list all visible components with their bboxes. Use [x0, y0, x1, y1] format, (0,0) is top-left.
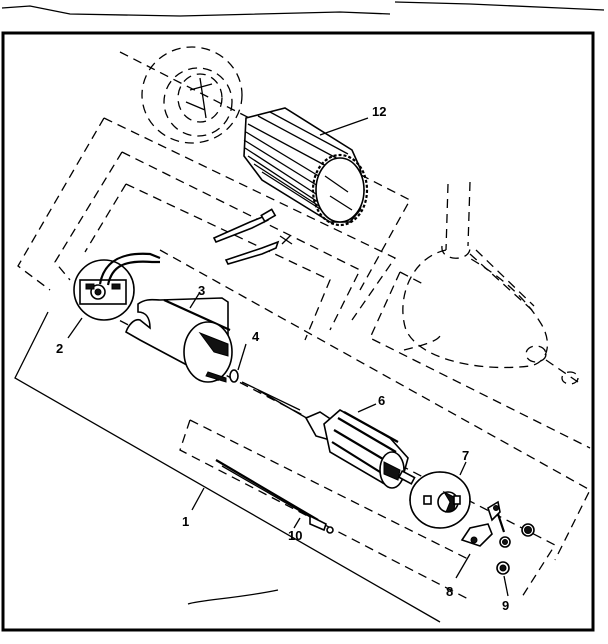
- leader-1: [192, 488, 204, 510]
- part-4-washer[interactable]: [230, 370, 238, 382]
- part-7-end-cap[interactable]: [410, 472, 470, 528]
- callout-10[interactable]: 10: [288, 528, 302, 543]
- part-3-housing-tube[interactable]: [126, 298, 232, 382]
- leader-6: [358, 404, 376, 412]
- callout-2[interactable]: 2: [56, 341, 63, 356]
- part-12-field-assembly[interactable]: [142, 47, 367, 225]
- callout-6[interactable]: 6: [378, 393, 385, 408]
- part-6-armature[interactable]: [258, 390, 415, 488]
- leader-10: [294, 518, 300, 528]
- callout-1[interactable]: 1: [182, 514, 189, 529]
- leader-8: [456, 554, 470, 578]
- callout-7[interactable]: 7: [462, 448, 469, 463]
- callout-9[interactable]: 9: [502, 598, 509, 613]
- shaft-centerline: [242, 382, 300, 410]
- callout-3[interactable]: 3: [198, 283, 205, 298]
- part-9-nut[interactable]: [497, 524, 534, 574]
- leader-12: [320, 118, 368, 135]
- brush-springs: [214, 209, 292, 264]
- part-10-through-bolt[interactable]: [216, 460, 333, 533]
- callout-12[interactable]: 12: [372, 104, 386, 119]
- lower-unit-outline: [403, 182, 578, 384]
- callout-8[interactable]: 8: [446, 584, 453, 599]
- leader-9: [504, 576, 508, 596]
- scan-edge-lines: [2, 2, 604, 16]
- exploded-parts-diagram: 12 2 3 4 6 7 8 9 10 1: [0, 0, 608, 644]
- callout-4[interactable]: 4: [252, 329, 260, 344]
- leader-2: [68, 318, 82, 338]
- leader-7: [460, 462, 466, 475]
- leader-4: [238, 344, 246, 370]
- stray-mark: [188, 590, 278, 604]
